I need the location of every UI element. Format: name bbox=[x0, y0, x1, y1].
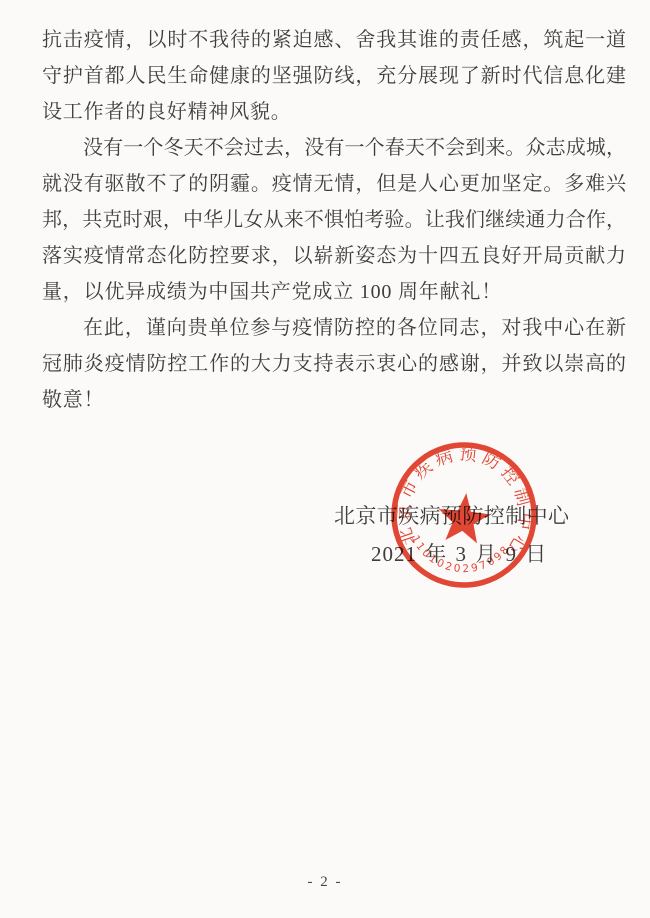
seal-graphic: 北京市疾病预防控制中心 1101020297098 bbox=[368, 419, 559, 610]
seal-star-icon bbox=[436, 490, 492, 544]
body-line: 落实疫情常态化防控要求，以崭新姿态为十四五良好开局贡献力 bbox=[42, 238, 626, 274]
body-line: 量，以优异成绩为中国共产党成立 100 周年献礼！ bbox=[42, 274, 626, 310]
body-line: 敬意！ bbox=[42, 382, 626, 418]
body-line: 没有一个冬天不会过去，没有一个春天不会到来。众志成城， bbox=[42, 130, 626, 166]
body-line: 冠肺炎疫情防控工作的大力支持表示衷心的感谢，并致以崇高的 bbox=[42, 346, 626, 382]
letter-body: 抗击疫情，以时不我待的紧迫感、舍我其谁的责任感，筑起一道 守护首都人民生命健康的… bbox=[42, 22, 626, 418]
body-line: 就没有驱散不了的阴霾。疫情无情，但是人心更加坚定。多难兴 bbox=[42, 166, 626, 202]
body-line: 守护首都人民生命健康的坚强防线，充分展现了新时代信息化建 bbox=[42, 58, 626, 94]
body-line: 抗击疫情，以时不我待的紧迫感、舍我其谁的责任感，筑起一道 bbox=[42, 22, 626, 58]
letter-page: 抗击疫情，以时不我待的紧迫感、舍我其谁的责任感，筑起一道 守护首都人民生命健康的… bbox=[0, 0, 650, 918]
body-line: 邦，共克时艰，中华儿女从来不惧怕考验。让我们继续通力合作， bbox=[42, 202, 626, 238]
page-number: - 2 - bbox=[0, 874, 650, 891]
official-seal-stamp: 北京市疾病预防控制中心 1101020297098 bbox=[368, 419, 559, 610]
body-line: 设工作者的良好精神风貌。 bbox=[42, 94, 626, 130]
body-line: 在此，谨向贵单位参与疫情防控的各位同志，对我中心在新 bbox=[42, 310, 626, 346]
